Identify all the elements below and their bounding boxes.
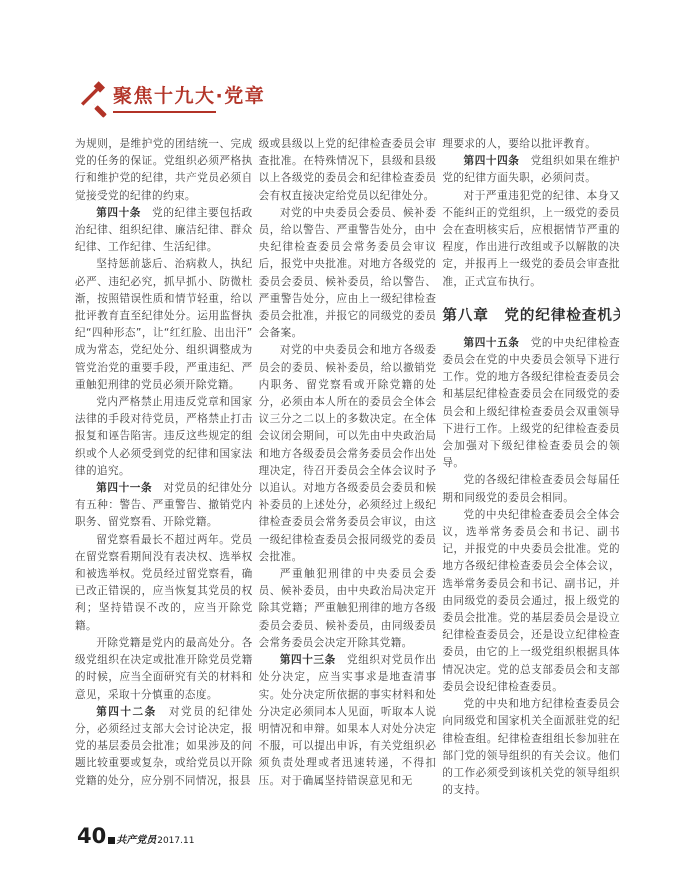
article-column-1: 为规则，是维护党的团结统一、完成党的任务的保证。党组织必须严格执行和维护党的纪律… xyxy=(75,136,253,812)
paragraph: 第四十条 党的纪律主要包括政治纪律、组织纪律、廉洁纪律、群众纪律、工作纪律、生活… xyxy=(75,205,253,257)
paragraph: 党的中央纪律检查委员会全体会议，选举常务委员会和书记、副书记，并报党的中央委员会… xyxy=(442,507,620,696)
article-column-2: 级或县级以上党的纪律检查委员会审查批准。在特殊情况下，县级和县级以上各级党的委员… xyxy=(259,136,437,812)
paragraph: 对党的中央委员会委员、候补委员，给以警告、严重警告处分，由中央纪律检查委员会常务… xyxy=(259,205,437,343)
chapter-heading: 第八章 党的纪律检查机关 xyxy=(442,304,620,325)
paragraph: 级或县级以上党的纪律检查委员会审查批准。在特殊情况下，县级和县级以上各级党的委员… xyxy=(259,136,437,205)
section-title: 聚焦十九大·党章 xyxy=(113,85,265,114)
magazine-imprint: 共产党员 2017.11 xyxy=(108,831,194,846)
magazine-page: 聚焦十九大·党章 为规则，是维护党的团结统一、完成党的任务的保证。党组织必须严格… xyxy=(0,0,683,878)
paragraph: 第四十五条 党的中央纪律检查委员会在党的中央委员会领导下进行工作。党的地方各级纪… xyxy=(442,335,620,473)
paragraph: 党的各级纪律检查委员会每届任期和同级党的委员会相同。 xyxy=(442,472,620,506)
section-title-sub: ·党章 xyxy=(216,85,266,114)
paragraph: 对党的中央委员会和地方各级委员会的委员、候补委员，给以撤销党内职务、留党察看或开… xyxy=(259,342,437,566)
article-number: 第四十四条 xyxy=(464,155,520,167)
paragraph: 为规则，是维护党的团结统一、完成党的任务的保证。党组织必须严格执行和维护党的纪律… xyxy=(75,136,253,205)
article-number: 第四十三条 xyxy=(280,654,336,666)
paragraph: 理要求的人，要给以批评教育。 xyxy=(442,136,620,153)
magazine-logo-icon xyxy=(108,837,115,844)
article-number: 第四十二条 xyxy=(96,706,157,718)
paragraph: 留党察看最长不超过两年。党员在留党察看期间没有表决权、选举权和被选举权。党员经过… xyxy=(75,532,253,635)
issue-number: 2017.11 xyxy=(157,836,194,846)
article-number: 第四十五条 xyxy=(464,337,520,349)
paragraph: 对于严重违犯党的纪律、本身又不能纠正的党组织，上一级党的委员会在查明核实后，应根… xyxy=(442,188,620,291)
page-number: 40 xyxy=(77,826,106,847)
article-number: 第四十条 xyxy=(96,207,141,219)
paragraph: 第四十四条 党组织如果在维护党的纪律方面失职，必须问责。 xyxy=(442,153,620,187)
page-footer: 40 共产党员 2017.11 xyxy=(77,826,194,847)
section-title-main: 聚焦十九大 xyxy=(113,85,216,114)
paragraph: 第四十一条 对党员的纪律处分有五种：警告、严重警告、撤销党内职务、留党察看、开除… xyxy=(75,480,253,532)
paragraph: 第四十三条 党组织对党员作出处分决定，应当实事求是地查清事实。处分决定所依据的事… xyxy=(259,652,437,790)
section-header: 聚焦十九大·党章 xyxy=(78,80,265,118)
paragraph: 严重触犯刑律的中央委员会委员、候补委员，由中央政治局决定开除其党籍；严重触犯刑律… xyxy=(259,566,437,652)
paragraph: 党的中央和地方纪律检查委员会向同级党和国家机关全面派驻党的纪律检查组。纪律检查组… xyxy=(442,696,620,799)
paragraph: 开除党籍是党内的最高处分。各级党组织在决定或批准开除党员党籍的时候，应当全面研究… xyxy=(75,635,253,704)
party-emblem-icon xyxy=(78,80,108,118)
magazine-name: 共产党员 xyxy=(116,831,156,846)
paragraph: 第四十二条 对党员的纪律处分，必须经过支部大会讨论决定，报党的基层委员会批准；如… xyxy=(75,704,253,790)
article-body: 为规则，是维护党的团结统一、完成党的任务的保证。党组织必须严格执行和维护党的纪律… xyxy=(75,136,620,812)
paragraph: 坚持惩前毖后、治病救人，执纪必严、违纪必究，抓早抓小、防微杜渐，按照错误性质和情… xyxy=(75,256,253,394)
article-number: 第四十一条 xyxy=(96,482,152,494)
article-column-3: 理要求的人，要给以批评教育。第四十四条 党组织如果在维护党的纪律方面失职，必须问… xyxy=(442,136,620,812)
paragraph: 党内严格禁止用违反党章和国家法律的手段对待党员，严格禁止打击报复和诬告陷害。违反… xyxy=(75,394,253,480)
